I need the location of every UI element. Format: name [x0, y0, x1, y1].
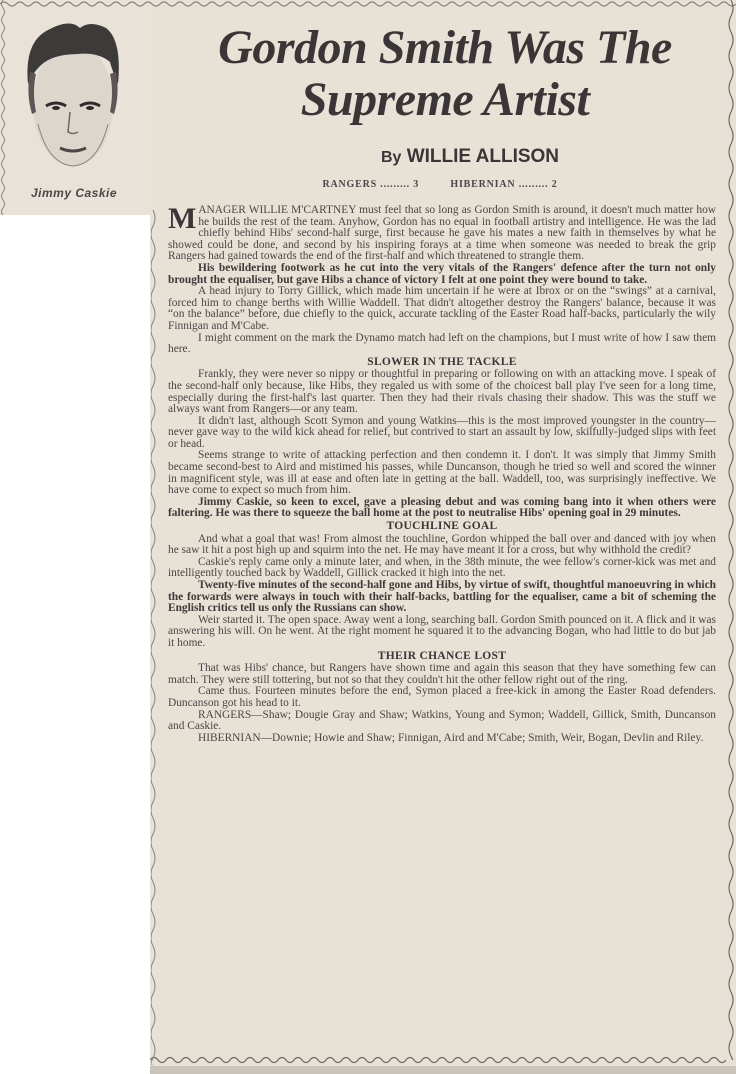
drop-cap: M: [168, 207, 196, 231]
paragraph: It didn't last, although Scott Symon and…: [168, 416, 716, 451]
hibernian-lineup: HIBERNIAN—Downie; Howie and Shaw; Finnig…: [168, 733, 716, 745]
paragraph: And what a goal that was! From almost th…: [168, 534, 716, 557]
photo-caption: Jimmy Caskie: [14, 186, 134, 200]
paragraph: Twenty-five minutes of the second-half g…: [168, 580, 716, 615]
wavy-border-bottom: [150, 1055, 726, 1065]
home-team-score: RANGERS ......... 3: [322, 179, 419, 190]
paragraph: That was Hibs' chance, but Rangers have …: [168, 663, 716, 686]
paragraph: Seems strange to write of attacking perf…: [168, 450, 716, 496]
paragraph-4: I might comment on the mark the Dynamo m…: [168, 333, 716, 356]
wavy-border-top: [0, 0, 736, 8]
rangers-lineup: RANGERS—Shaw; Dougie Gray and Shaw; Watk…: [168, 710, 716, 733]
wavy-border-right: [727, 0, 735, 1060]
paragraph: Jimmy Caskie, so keen to excel, gave a p…: [168, 497, 716, 520]
article-body: MANAGER WILLIE M'CARTNEY must feel that …: [168, 205, 716, 744]
paragraph: Weir started it. The open space. Away we…: [168, 615, 716, 650]
away-team-score: HIBERNIAN ......... 2: [450, 179, 557, 190]
byline-prefix: By: [381, 149, 401, 166]
paragraph-1: MANAGER WILLIE M'CARTNEY must feel that …: [168, 205, 716, 263]
portrait-sketch-icon: [18, 14, 128, 174]
article-headline: Gordon Smith Was The Supreme Artist: [165, 22, 725, 126]
subhead-touchline-goal: TOUCHLINE GOAL: [168, 521, 716, 533]
paragraph: Caskie's reply came only a minute later,…: [168, 557, 716, 580]
paragraph-2: His bewildering footwork as he cut into …: [168, 263, 716, 286]
paragraph: Came thus. Fourteen minutes before the e…: [168, 686, 716, 709]
byline: By WILLIE ALLISON: [330, 146, 610, 168]
subhead-slower-in-the-tackle: SLOWER IN THE TACKLE: [168, 357, 716, 369]
subhead-their-chance-lost: THEIR CHANCE LOST: [168, 651, 716, 663]
paragraph-3: A head injury to Torry Gillick, which ma…: [168, 286, 716, 332]
match-score: RANGERS ......... 3 HIBERNIAN ......... …: [160, 179, 720, 190]
byline-author: WILLIE ALLISON: [407, 146, 559, 167]
wavy-border-left-body: [151, 210, 157, 1065]
paragraph: Frankly, they were never so nippy or tho…: [168, 369, 716, 415]
wavy-border-left-top: [0, 0, 6, 215]
page-bottom-edge: [150, 1066, 736, 1074]
